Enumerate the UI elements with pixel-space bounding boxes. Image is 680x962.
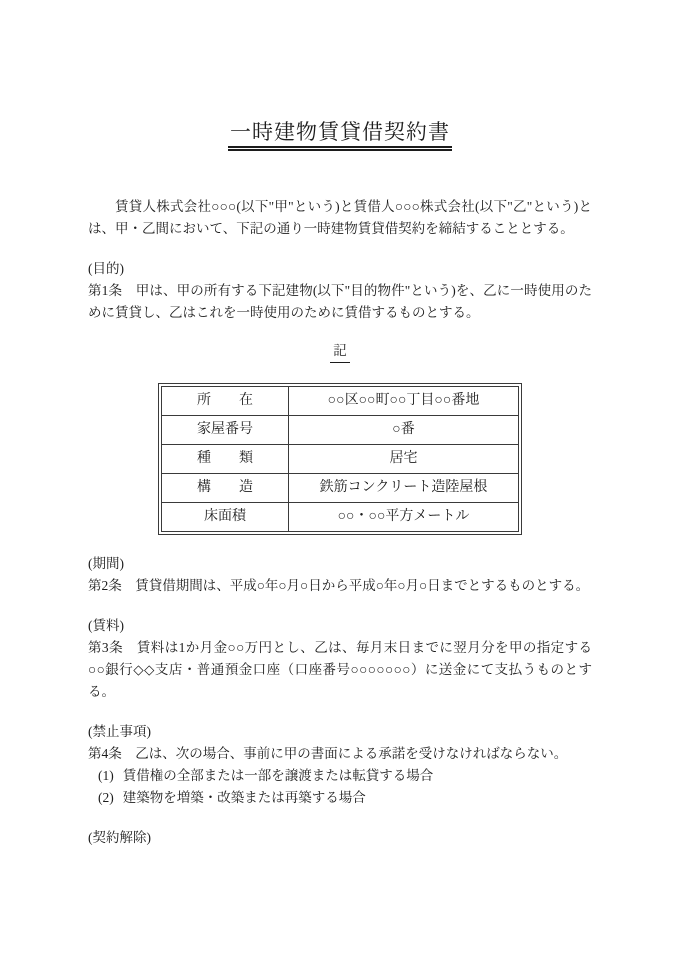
section-heading-termination: (契約解除) <box>88 827 592 849</box>
document-title: 一時建物賃貸借契約書 <box>88 118 592 151</box>
list-item-1-marker: (1) <box>98 768 114 783</box>
table-value-structure: 鉄筋コンクリート造陸屋根 <box>289 474 519 503</box>
section-heading-term: (期間) <box>88 553 592 575</box>
table-value-location: ○○区○○町○○丁目○○番地 <box>289 387 519 416</box>
section-termination: (契約解除) <box>88 827 592 849</box>
annex-marker-row: 記 <box>88 340 592 363</box>
section-prohibited-acts: (禁止事項) 第4条 乙は、次の場合、事前に甲の書面による承諾を受けなければなら… <box>88 721 592 809</box>
table-value-floor-area: ○○・○○平方メートル <box>289 503 519 532</box>
table-value-type: 居宅 <box>289 445 519 474</box>
table-row-type: 種 類 居宅 <box>162 445 519 474</box>
section-heading-prohibited-acts: (禁止事項) <box>88 721 592 743</box>
list-item-2: (2)建築物を増築・改築または再築する場合 <box>98 787 592 809</box>
section-term: (期間) 第2条 賃貸借期間は、平成○年○月○日から平成○年○月○日までとするも… <box>88 553 592 597</box>
table-row-floor-area: 床面積 ○○・○○平方メートル <box>162 503 519 532</box>
table-row-location: 所 在 ○○区○○町○○丁目○○番地 <box>162 387 519 416</box>
property-table: 所 在 ○○区○○町○○丁目○○番地 家屋番号 ○番 種 類 居宅 構 造 鉄筋… <box>158 383 522 535</box>
clause-article-3: 第3条 賃料は1か月金○○万円とし、乙は、毎月末日までに翌月分を甲の指定する○○… <box>88 637 592 703</box>
table-value-house-number: ○番 <box>289 416 519 445</box>
document-page: 一時建物賃貸借契約書 賃貸人株式会社○○○(以下"甲"という)と賃借人○○○株式… <box>0 0 680 962</box>
clause-article-1: 第1条 甲は、甲の所有する下記建物(以下"目的物件"という)を、乙に一時使用のた… <box>88 280 592 324</box>
table-label-location: 所 在 <box>162 387 289 416</box>
section-rent: (賃料) 第3条 賃料は1か月金○○万円とし、乙は、毎月末日までに翌月分を甲の指… <box>88 615 592 703</box>
list-item-2-text: 建築物を増築・改築または再築する場合 <box>123 790 366 805</box>
list-item-1-text: 賃借権の全部または一部を譲渡または転貸する場合 <box>123 768 434 783</box>
table-label-structure: 構 造 <box>162 474 289 503</box>
list-item-2-marker: (2) <box>98 790 114 805</box>
table-label-type: 種 類 <box>162 445 289 474</box>
list-item-1: (1)賃借権の全部または一部を譲渡または転貸する場合 <box>98 765 592 787</box>
annex-marker: 記 <box>330 340 350 363</box>
section-purpose: (目的) 第1条 甲は、甲の所有する下記建物(以下"目的物件"という)を、乙に一… <box>88 258 592 324</box>
table-label-house-number: 家屋番号 <box>162 416 289 445</box>
table-row-house-number: 家屋番号 ○番 <box>162 416 519 445</box>
preamble-paragraph: 賃貸人株式会社○○○(以下"甲"という)と賃借人○○○株式会社(以下"乙"という… <box>88 196 592 240</box>
table-row-structure: 構 造 鉄筋コンクリート造陸屋根 <box>162 474 519 503</box>
section-heading-purpose: (目的) <box>88 258 592 280</box>
clause-article-4: 第4条 乙は、次の場合、事前に甲の書面による承諾を受けなければならない。 <box>88 743 592 765</box>
document-title-text: 一時建物賃貸借契約書 <box>228 118 452 151</box>
clause-article-2: 第2条 賃貸借期間は、平成○年○月○日から平成○年○月○日までとするものとする。 <box>88 575 592 597</box>
table-label-floor-area: 床面積 <box>162 503 289 532</box>
prohibited-acts-list: (1)賃借権の全部または一部を譲渡または転貸する場合 (2)建築物を増築・改築ま… <box>98 765 592 809</box>
section-heading-rent: (賃料) <box>88 615 592 637</box>
